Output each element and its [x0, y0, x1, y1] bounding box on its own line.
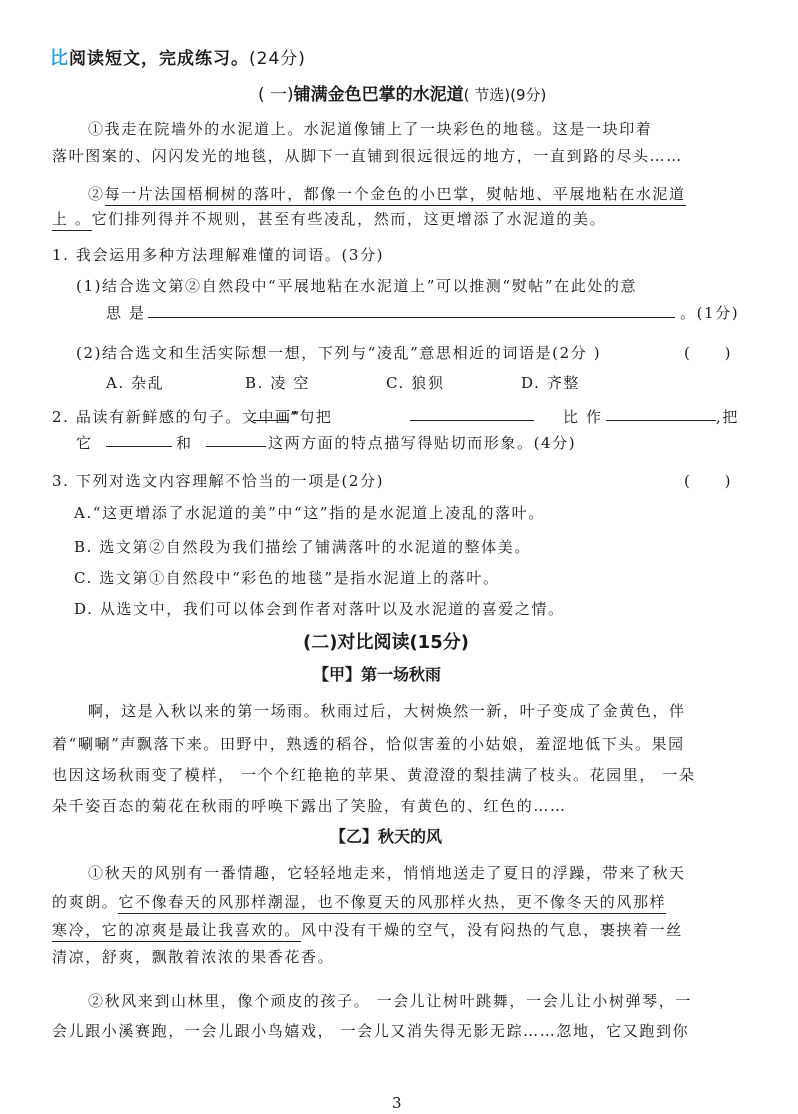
q2-line1-c: 比 作 [563, 406, 603, 427]
part1-title-note: ( 节选) [464, 86, 510, 104]
q2-blank-feature2[interactable] [206, 432, 266, 447]
jia-line-3: 也因这场秋雨变了模样， 一个个红艳艳的苹果、黄澄澄的梨挂满了枝头。花园里， 一朵 [52, 764, 696, 785]
part1-para2-line1: ②每一片法国梧桐树的落叶，都像一个金色的小巴掌，熨帖地、平展地粘在水泥道 [88, 183, 686, 204]
q1-sub1-prefix: 思 是 [106, 304, 146, 322]
q1-sub1-answer-blank[interactable] [148, 303, 675, 318]
part2-title: (二)对比阅读(15分) [303, 628, 469, 654]
q2-line2-b: 和 [176, 432, 193, 453]
q1-option-c: C. 狼狈 [386, 372, 444, 393]
yi-p1-line2: 的爽朗。它不像春天的风那样潮湿，也不像夏天的风那样火热，更不像冬天的风那样 [52, 891, 666, 912]
underlined-sentence: 每一片法国梧桐树的落叶，都像一个金色的小巴掌，熨帖地、平展地粘在水泥道 [105, 185, 686, 206]
q1-sub2-answer-paren[interactable]: ( ) [684, 342, 732, 363]
q1-sub1-score: 。(1分) [680, 302, 739, 323]
part1-title: ( 一)铺满金色巴掌的水泥道( 节选)(9分) [258, 80, 546, 105]
yi-p1-line3: 寒冷，它的凉爽是最让我喜欢的。风中没有干燥的空气，没有闷热的气息，裹挟着一丝 [52, 919, 683, 940]
q1-stem: 1. 我会运用多种方法理解难懂的词语。(3分) [52, 244, 384, 265]
yi-p1-line3-plain: 风中没有干燥的空气，没有闷热的气息，裹挟着一丝 [301, 921, 683, 939]
yi-p1-line2-plain: 的爽朗。 [52, 893, 118, 911]
yi-underlined-sentence: 它不像春天的风那样潮湿，也不像夏天的风那样火热，更不像冬天的风那样 [118, 893, 666, 914]
q2-line2-c: 这两方面的特点描写得贴切而形象。(4分) [268, 432, 576, 453]
q1-sub2-stem: (2)结合选文和生活实际想一想，下列与“凌乱”意思相近的词语是(2分 ) [76, 342, 601, 363]
jia-line-4: 朵千姿百态的菊花在秋雨的呼唤下露出了笑脸，有黄色的、红色的…… [52, 795, 567, 816]
q2-line1-d: ,把 [716, 406, 739, 427]
jia-title: 【甲】第一场秋雨 [313, 662, 441, 685]
part1-title-score: (9分) [510, 86, 546, 104]
section-logo-icon: 比 [50, 48, 69, 69]
q1-sub1-line2: 思 是 [106, 302, 146, 323]
q2-mark-blank [253, 406, 289, 421]
underlined-sentence-end: 上 。 [52, 210, 92, 231]
part1-para1-line2: 落叶图案的、闪闪发光的地毯，从脚下一直铺到很远很远的地方，一直到路的尽头…… [52, 145, 683, 166]
yi-p2-line1: ②秋风来到山林里，像个顽皮的孩子。 一会儿让树叶跳舞，一会儿让小树弹琴，一 [88, 990, 692, 1011]
q3-option-d: D. 从选文中，我们可以体会到作者对落叶以及水泥道的喜爱之情。 [74, 598, 565, 619]
jia-line-2: 着“唰唰”声飘落下来。田野中，熟透的稻谷，恰似害羞的小姑娘，羞涩地低下头。果园 [52, 733, 685, 754]
yi-title: 【乙】秋天的风 [330, 824, 442, 847]
q3-stem: 3. 下列对选文内容理解不恰当的一项是(2分) [52, 470, 384, 491]
q1-option-d: D. 齐整 [521, 372, 580, 393]
jia-line-1: 啊，这是入秋以来的第一场雨。秋雨过后，大树焕然一新，叶子变成了金黄色，伴 [88, 700, 686, 721]
q1-sub1-line1: (1)结合选文第②自然段中“平展地粘在水泥道上”可以推测“熨帖”在此处的意 [76, 275, 637, 296]
part1-title-prefix: ( 一) [258, 85, 294, 105]
yi-p1-line4: 清凉，舒爽，飘散着浓浓的果香花香。 [52, 946, 334, 967]
q2-line2-a: 它 [76, 432, 93, 453]
para2-number: ② [88, 185, 105, 203]
q1-option-a: A. 杂乱 [106, 372, 164, 393]
page-number: 3 [392, 1094, 403, 1112]
section-header: 比阅读短文，完成练习。(24分) [50, 44, 306, 70]
part1-para2-line2: 上 。它们排列得并不规则，甚至有些凌乱，然而，这更增添了水泥道的美。 [52, 208, 606, 229]
q2-blank-compare[interactable] [606, 406, 716, 421]
header-score: (24分) [249, 49, 306, 69]
q3-option-b: B. 选文第②自然段为我们描绘了铺满落叶的水泥道的整体美。 [74, 536, 531, 557]
q1-option-b: B. 凌 空 [245, 372, 310, 393]
header-title: 阅读短文，完成练习。 [69, 49, 249, 69]
q3-option-c: C. 选文第①自然段中“彩色的地毯”是指水泥道上的落叶。 [74, 567, 500, 588]
part1-para1-line1: ①我走在院墙外的水泥道上。水泥道像铺上了一块彩色的地毯。这是一块印着 [88, 118, 652, 139]
q2-blank-feature1[interactable] [106, 432, 172, 447]
q2-line1-b: ”句把 [290, 406, 332, 427]
q3-answer-paren[interactable]: ( ) [684, 470, 732, 491]
q2-blank-subject[interactable] [410, 406, 534, 421]
yi-p2-line2: 会儿跟小溪赛跑，一会儿跟小鸟嬉戏， 一会儿又消失得无影无踪……忽地，它又跑到你 [52, 1020, 689, 1041]
para2-rest: 它们排列得并不规则，甚至有些凌乱，然而，这更增添了水泥道的美。 [92, 210, 607, 228]
yi-p1-line1: ①秋天的风别有一番情趣，它轻轻地走来，悄悄地送走了夏日的浮躁，带来了秋天 [88, 862, 686, 883]
part1-title-text: 铺满金色巴掌的水泥道 [294, 85, 464, 105]
q3-option-a: A.“这更增添了水泥道的美”中“这”指的是水泥道上凌乱的落叶。 [74, 502, 545, 523]
yi-underlined-sentence-end: 寒冷，它的凉爽是最让我喜欢的。 [52, 921, 301, 942]
